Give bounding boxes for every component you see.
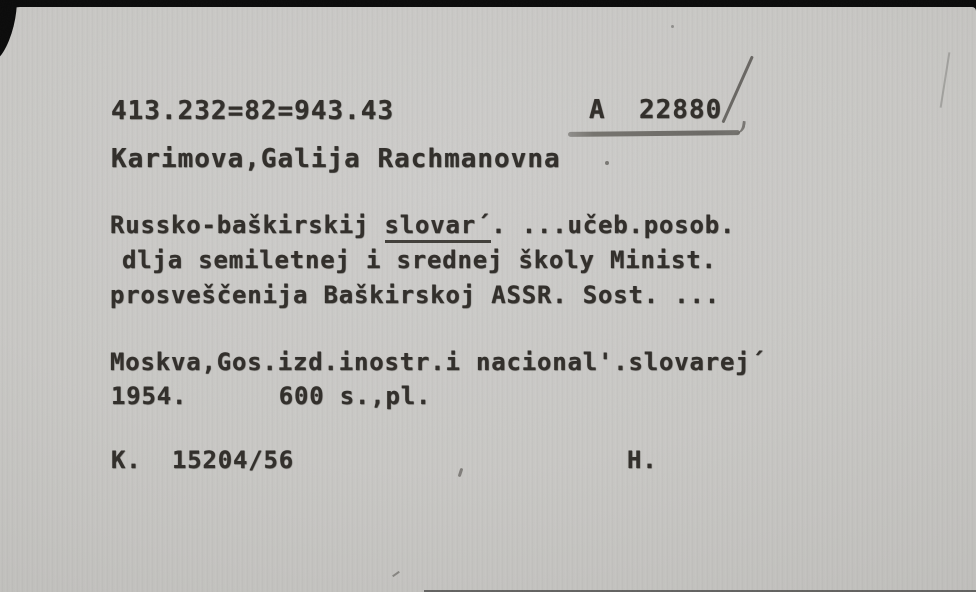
title-line-1: Russko-baškirskij slovar´. ...učeb.posob… — [110, 211, 735, 239]
imprint-line-1: Moskva,Gos.izd.inostr.i nacional'.slovar… — [110, 348, 766, 376]
title-pre: Russko-baškirskij — [110, 211, 385, 239]
catalog-card-scan: 413.232=82=943.43 A 22880 Karimova,Galij… — [0, 0, 976, 592]
title-line-2: dlja semiletnej i srednej školy Minist. — [122, 246, 717, 274]
ink-speck — [671, 25, 674, 28]
title-line-3: prosveščenija Baškirskoj ASSR. Sost. ... — [110, 281, 720, 309]
title-underlined-word: slovar´ — [385, 211, 492, 243]
call-number: 413.232=82=943.43 — [111, 96, 394, 126]
title-post: . ...učeb.posob. — [491, 211, 735, 239]
cataloguer-initial: H. — [627, 446, 658, 474]
inventory-number: K. 15204/56 — [111, 446, 294, 474]
ink-speck — [605, 161, 609, 165]
imprint-line-2: 1954. 600 s.,pl. — [111, 382, 431, 410]
accession-number: A 22880 — [589, 95, 722, 125]
author-name: Karimova,Galija Rachmanovna — [111, 144, 561, 174]
